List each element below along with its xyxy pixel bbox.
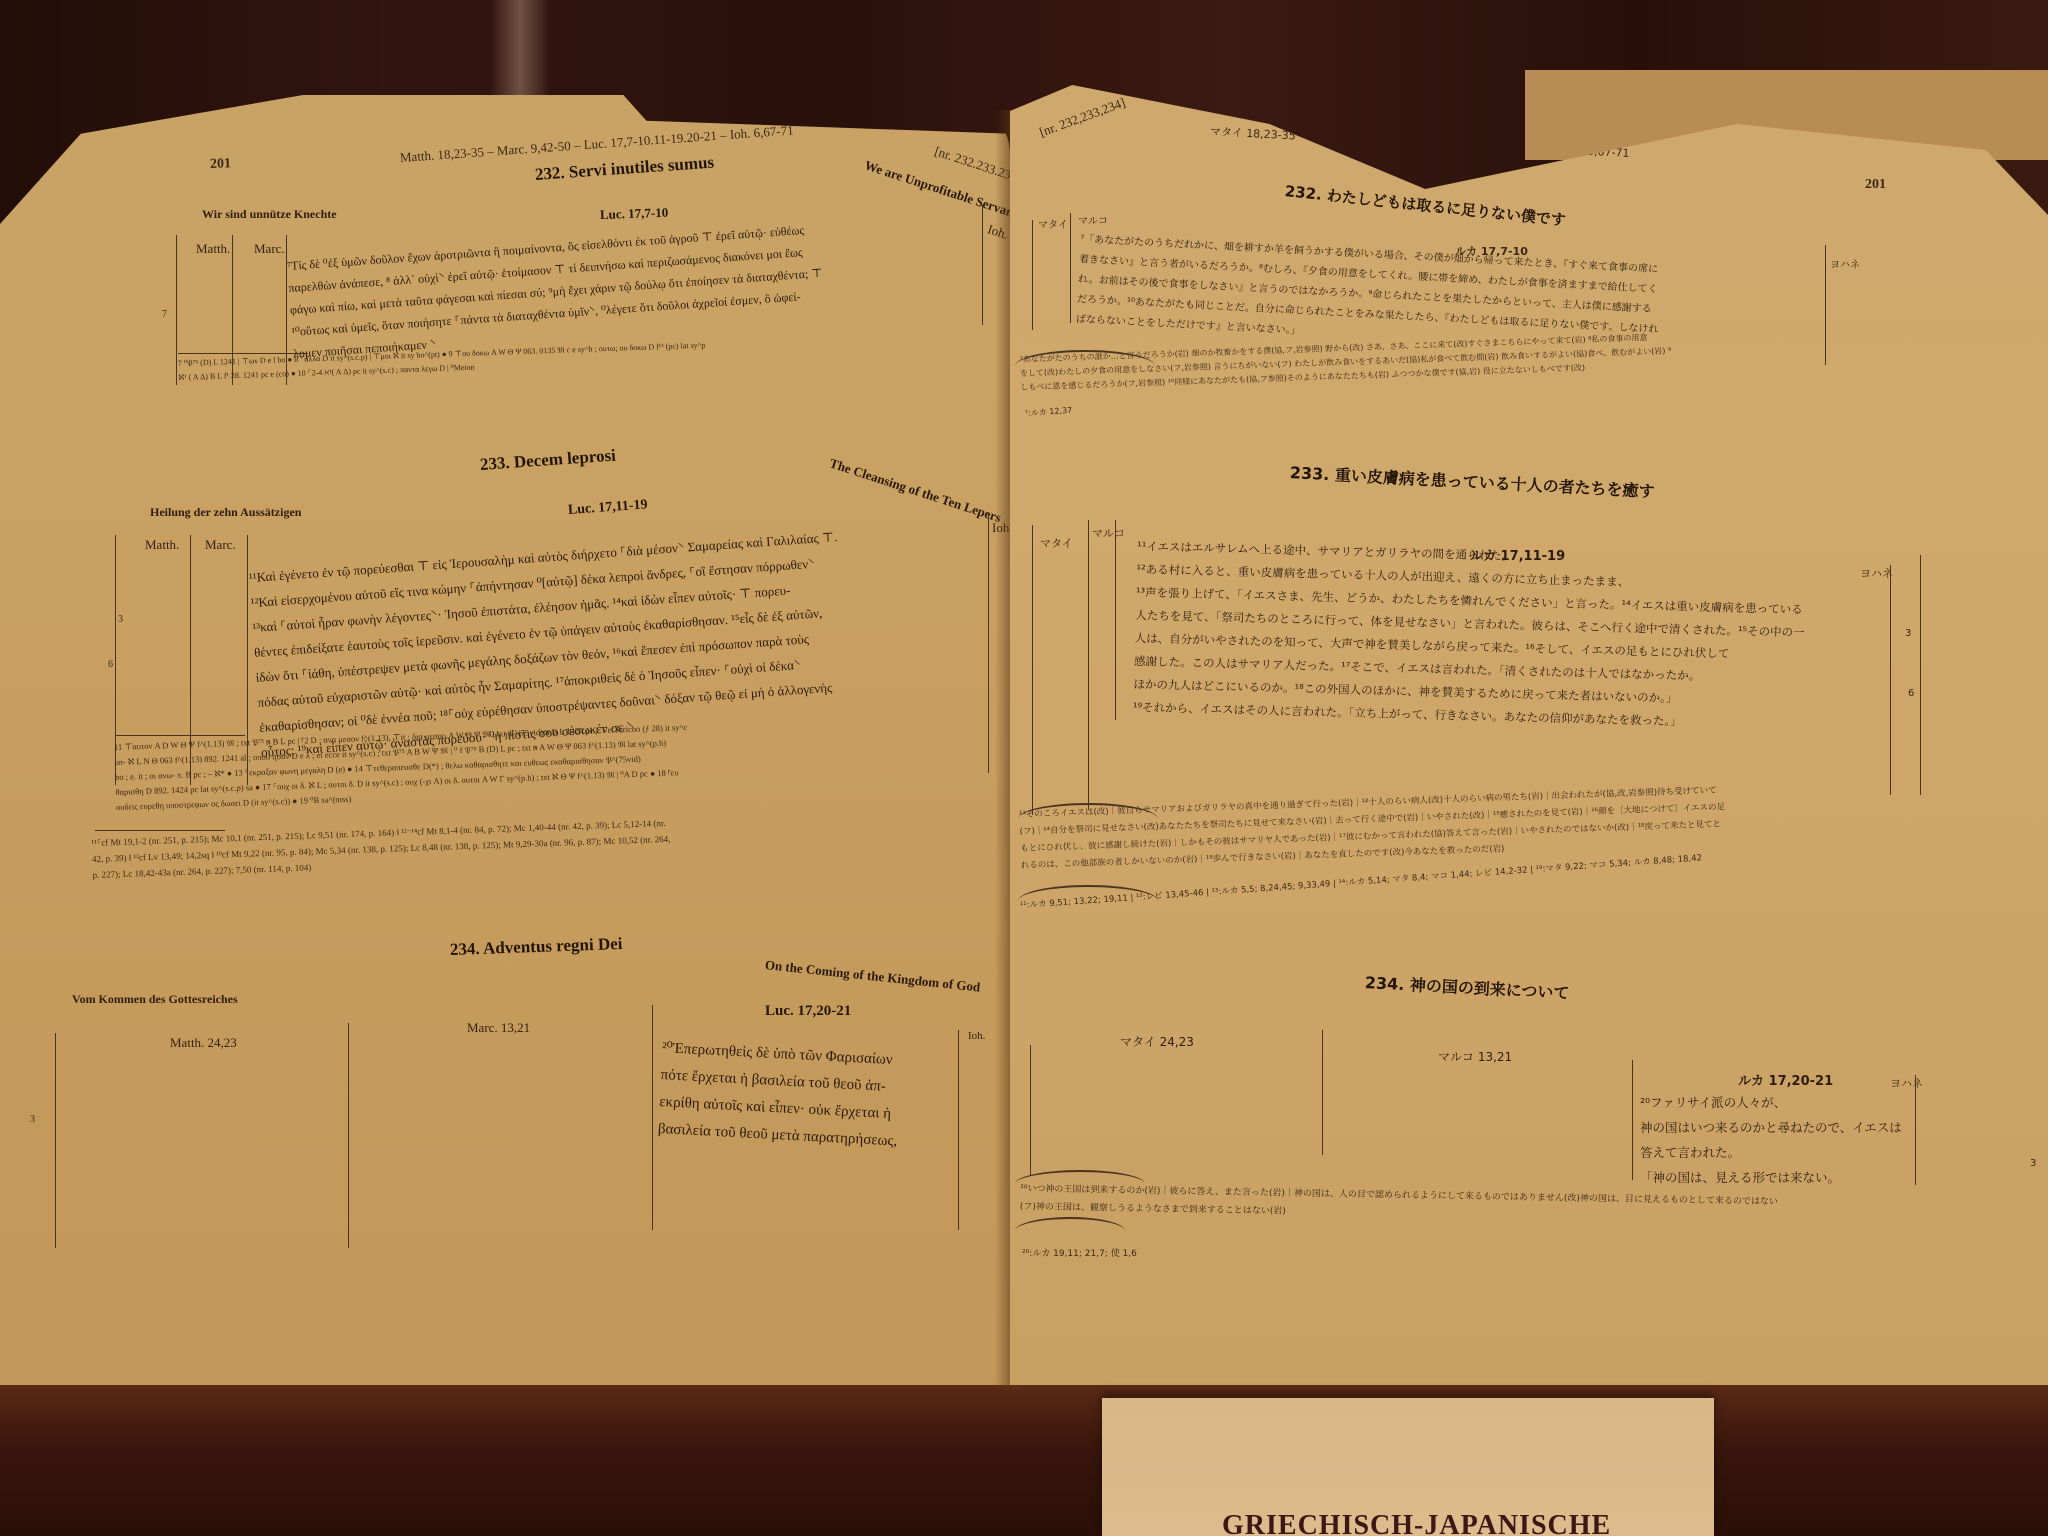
section-234-title: 234. Adventus regni Dei [450,934,623,960]
section-233-jp-title: 233. 重い皮膚病を患っている十人の者たちを癒す [1289,460,1655,502]
section-232-jp-matth-col: マタイ [1038,217,1068,235]
verse-marker: 3 [2030,1155,2036,1173]
section-234-english-title: On the Coming of the Kingdom of God [764,957,981,996]
section-234-greek-text: ²⁰Ἐπερωτηθεὶς δὲ ὑπὸ τῶν Φαρισαίων πότε … [657,1035,902,1155]
section-233-jp-ioh-col: ヨハネ [1860,565,1893,583]
column-rule [1032,220,1033,330]
right-page: [nr. 232,233,234] マタイ 18,23-35 – マルコ 9,4… [1010,85,2048,1385]
section-234-german-title: Vom Kommen des Gottesreiches [72,992,238,1007]
jp-line: 答えて言われた。 [1640,1140,1902,1165]
section-234-jp-text: ²⁰ファリサイ派の人々が、 神の国はいつ来るのかと尋ねたので、イエスは 答えて言… [1640,1090,1902,1190]
display-label-card: GRIECHISCH-JAPANISCHE [1102,1398,1714,1536]
verse-marker: 3 [118,610,123,630]
section-234-jp-matth-col: マタイ 24,23 [1120,1030,1194,1054]
jp-line: 神の国はいつ来るのかと尋ねたので、イエスは [1640,1115,1902,1140]
book-block-edge [0,1385,2048,1536]
column-rule [1032,525,1033,815]
column-rule [652,1005,653,1230]
column-rule [1115,520,1116,720]
section-234-luke-col: Luc. 17,20-21 [765,1003,851,1020]
column-rule [1632,1060,1633,1180]
section-233-matth-col: Matth. [145,537,179,553]
column-rule [1890,565,1891,795]
section-232-jp-marc-col: マルコ [1078,213,1108,231]
section-232-matth-col: Matth. [196,241,230,257]
left-page: 201 Matth. 18,23-35 – Marc. 9,42-50 – Lu… [0,95,1010,1385]
column-rule [55,1033,56,1248]
section-233-parallels: ¹¹⸀cf Mt 19,1-2 (nr. 251, p. 215); Mc 10… [91,815,671,883]
refs-rule [1015,1217,1125,1245]
section-232-marc-col: Marc. [254,241,285,257]
section-233-german-title: Heilung der zehn Aussätzigen [150,505,301,520]
left-page-number: 201 [210,156,232,173]
column-rule [1920,555,1921,795]
section-233-jp-matth-col: マタイ [1040,535,1073,553]
section-234-jp-title: 234. 神の国の到来について [1364,970,1570,1004]
section-233-jp-text: ¹¹イエスはエルサレムへ上る途中、サマリアとガリラヤの間を通られた。 ¹²ある村… [1133,535,1807,736]
section-234-marc-col: Marc. 13,21 [467,1020,530,1036]
jp-line: 「神の国は、見える形では来ない。 [1640,1165,1902,1190]
column-rule [988,513,989,773]
column-rule [1825,245,1826,365]
section-233-english-title: The Cleansing of the Ten Lepers [828,455,1004,526]
section-232-luke-ref: Luc. 17,7-10 [600,205,669,223]
section-233-marc-col: Marc. [205,537,236,553]
label-card-title: GRIECHISCH-JAPANISCHE [1222,1510,1611,1536]
section-233-jp-marc-col: マルコ [1092,525,1125,543]
verse-marker: 6 [108,655,113,675]
left-running-head: Matth. 18,23-35 – Marc. 9,42-50 – Luc. 1… [399,122,794,165]
right-cross-ref: [nr. 232,233,234] [1037,95,1127,141]
section-232-title: 232. Servi inutiles sumus [534,153,714,185]
section-232-jp-refs: ⁷:ルカ 12,37 [1024,402,1072,423]
section-232-jp-ioh-col: ヨハネ [1830,257,1860,275]
section-232-german-title: Wir sind unnütze Knechte [202,207,337,222]
column-rule [982,205,983,325]
column-rule [1088,520,1089,810]
section-233-title: 233. Decem leprosi [479,446,616,475]
section-233-luke-ref: Luc. 17,11-19 [567,497,648,519]
verse-marker: 7 [162,305,167,325]
section-234-ioh-col: Ioh. [968,1030,985,1042]
column-rule [348,1023,349,1248]
glass-reflection [490,0,550,100]
column-rule [1070,213,1071,323]
section-234-jp-marc-col: マルコ 13,21 [1438,1045,1512,1069]
section-234-jp-refs: ²⁰:ルカ 19,11; 21,7; 使 1,6 [1022,1245,1137,1263]
verse-marker: 3 [30,1110,35,1130]
section-234-matth-col: Matth. 24,23 [170,1035,237,1051]
jp-line: ²⁰ファリサイ派の人々が、 [1640,1090,1902,1115]
column-rule [1322,1030,1323,1155]
column-rule [1030,1045,1031,1175]
right-page-number: 201 [1865,177,1886,193]
verse-marker: 3 [1905,625,1911,643]
verse-marker: 6 [1908,685,1914,703]
column-rule [958,1030,959,1230]
